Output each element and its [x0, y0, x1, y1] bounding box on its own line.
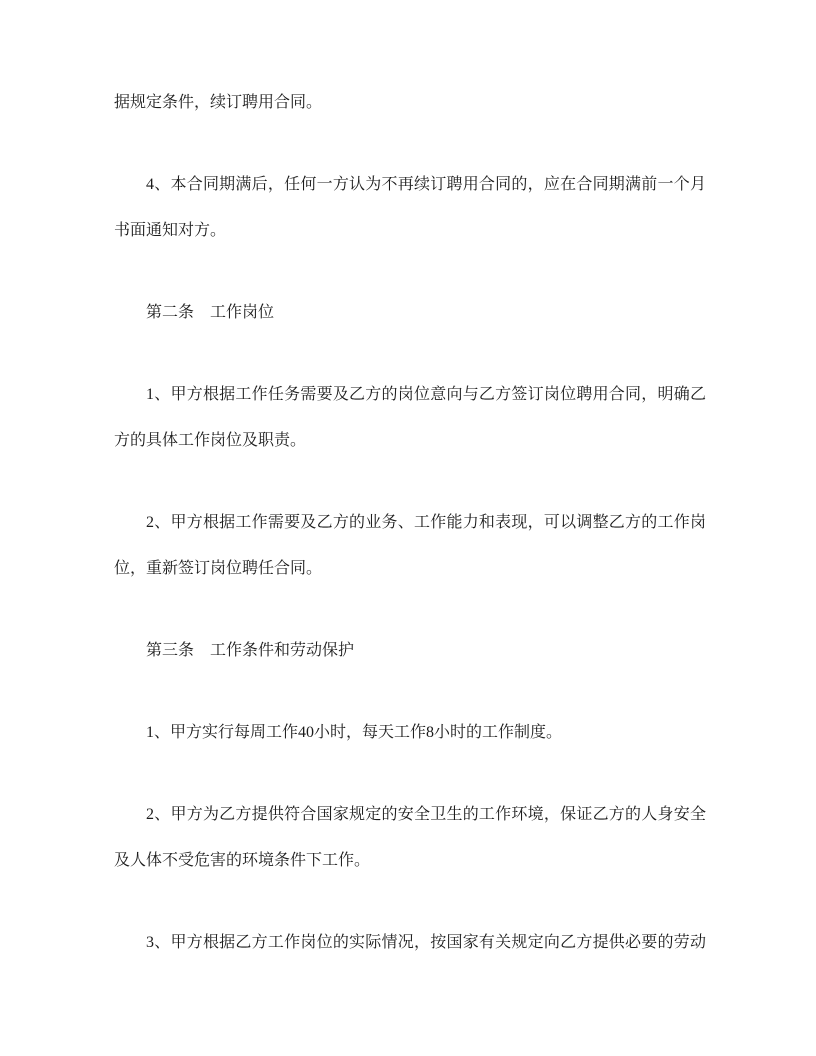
document-page: 据规定条件，续订聘用合同。4、本合同期满后，任何一方认为不再续订聘用合同的，应在…	[0, 0, 816, 1056]
text-line: 据规定条件，续订聘用合同。	[114, 80, 706, 126]
text-line: 书面通知对方。	[114, 208, 706, 254]
paragraph: 3、甲方根据乙方工作岗位的实际情况，按国家有关规定向乙方提供必要的劳动	[114, 920, 706, 966]
paragraph: 据规定条件，续订聘用合同。	[114, 80, 706, 126]
contract-body-text: 据规定条件，续订聘用合同。4、本合同期满后，任何一方认为不再续订聘用合同的，应在…	[114, 80, 706, 966]
text-line: 2、甲方为乙方提供符合国家规定的安全卫生的工作环境，保证乙方的人身安全	[114, 792, 706, 838]
text-line: 及人体不受危害的环境条件下工作。	[114, 838, 706, 884]
paragraph: 1、甲方实行每周工作40小时，每天工作8小时的工作制度。	[114, 710, 706, 756]
text-line: 2、甲方根据工作需要及乙方的业务、工作能力和表现，可以调整乙方的工作岗	[114, 500, 706, 546]
text-line: 第三条 工作条件和劳动保护	[114, 628, 706, 674]
paragraph: 1、甲方根据工作任务需要及乙方的岗位意向与乙方签订岗位聘用合同，明确乙方的具体工…	[114, 372, 706, 464]
section-heading: 第三条 工作条件和劳动保护	[114, 628, 706, 674]
paragraph: 2、甲方为乙方提供符合国家规定的安全卫生的工作环境，保证乙方的人身安全及人体不受…	[114, 792, 706, 884]
text-line: 4、本合同期满后，任何一方认为不再续订聘用合同的，应在合同期满前一个月	[114, 162, 706, 208]
text-line: 方的具体工作岗位及职责。	[114, 418, 706, 464]
paragraph: 2、甲方根据工作需要及乙方的业务、工作能力和表现，可以调整乙方的工作岗位，重新签…	[114, 500, 706, 592]
section-heading: 第二条 工作岗位	[114, 290, 706, 336]
text-line: 位，重新签订岗位聘任合同。	[114, 546, 706, 592]
text-line: 1、甲方根据工作任务需要及乙方的岗位意向与乙方签订岗位聘用合同，明确乙	[114, 372, 706, 418]
text-line: 1、甲方实行每周工作40小时，每天工作8小时的工作制度。	[114, 710, 706, 756]
text-line: 3、甲方根据乙方工作岗位的实际情况，按国家有关规定向乙方提供必要的劳动	[114, 920, 706, 966]
paragraph: 4、本合同期满后，任何一方认为不再续订聘用合同的，应在合同期满前一个月书面通知对…	[114, 162, 706, 254]
text-line: 第二条 工作岗位	[114, 290, 706, 336]
